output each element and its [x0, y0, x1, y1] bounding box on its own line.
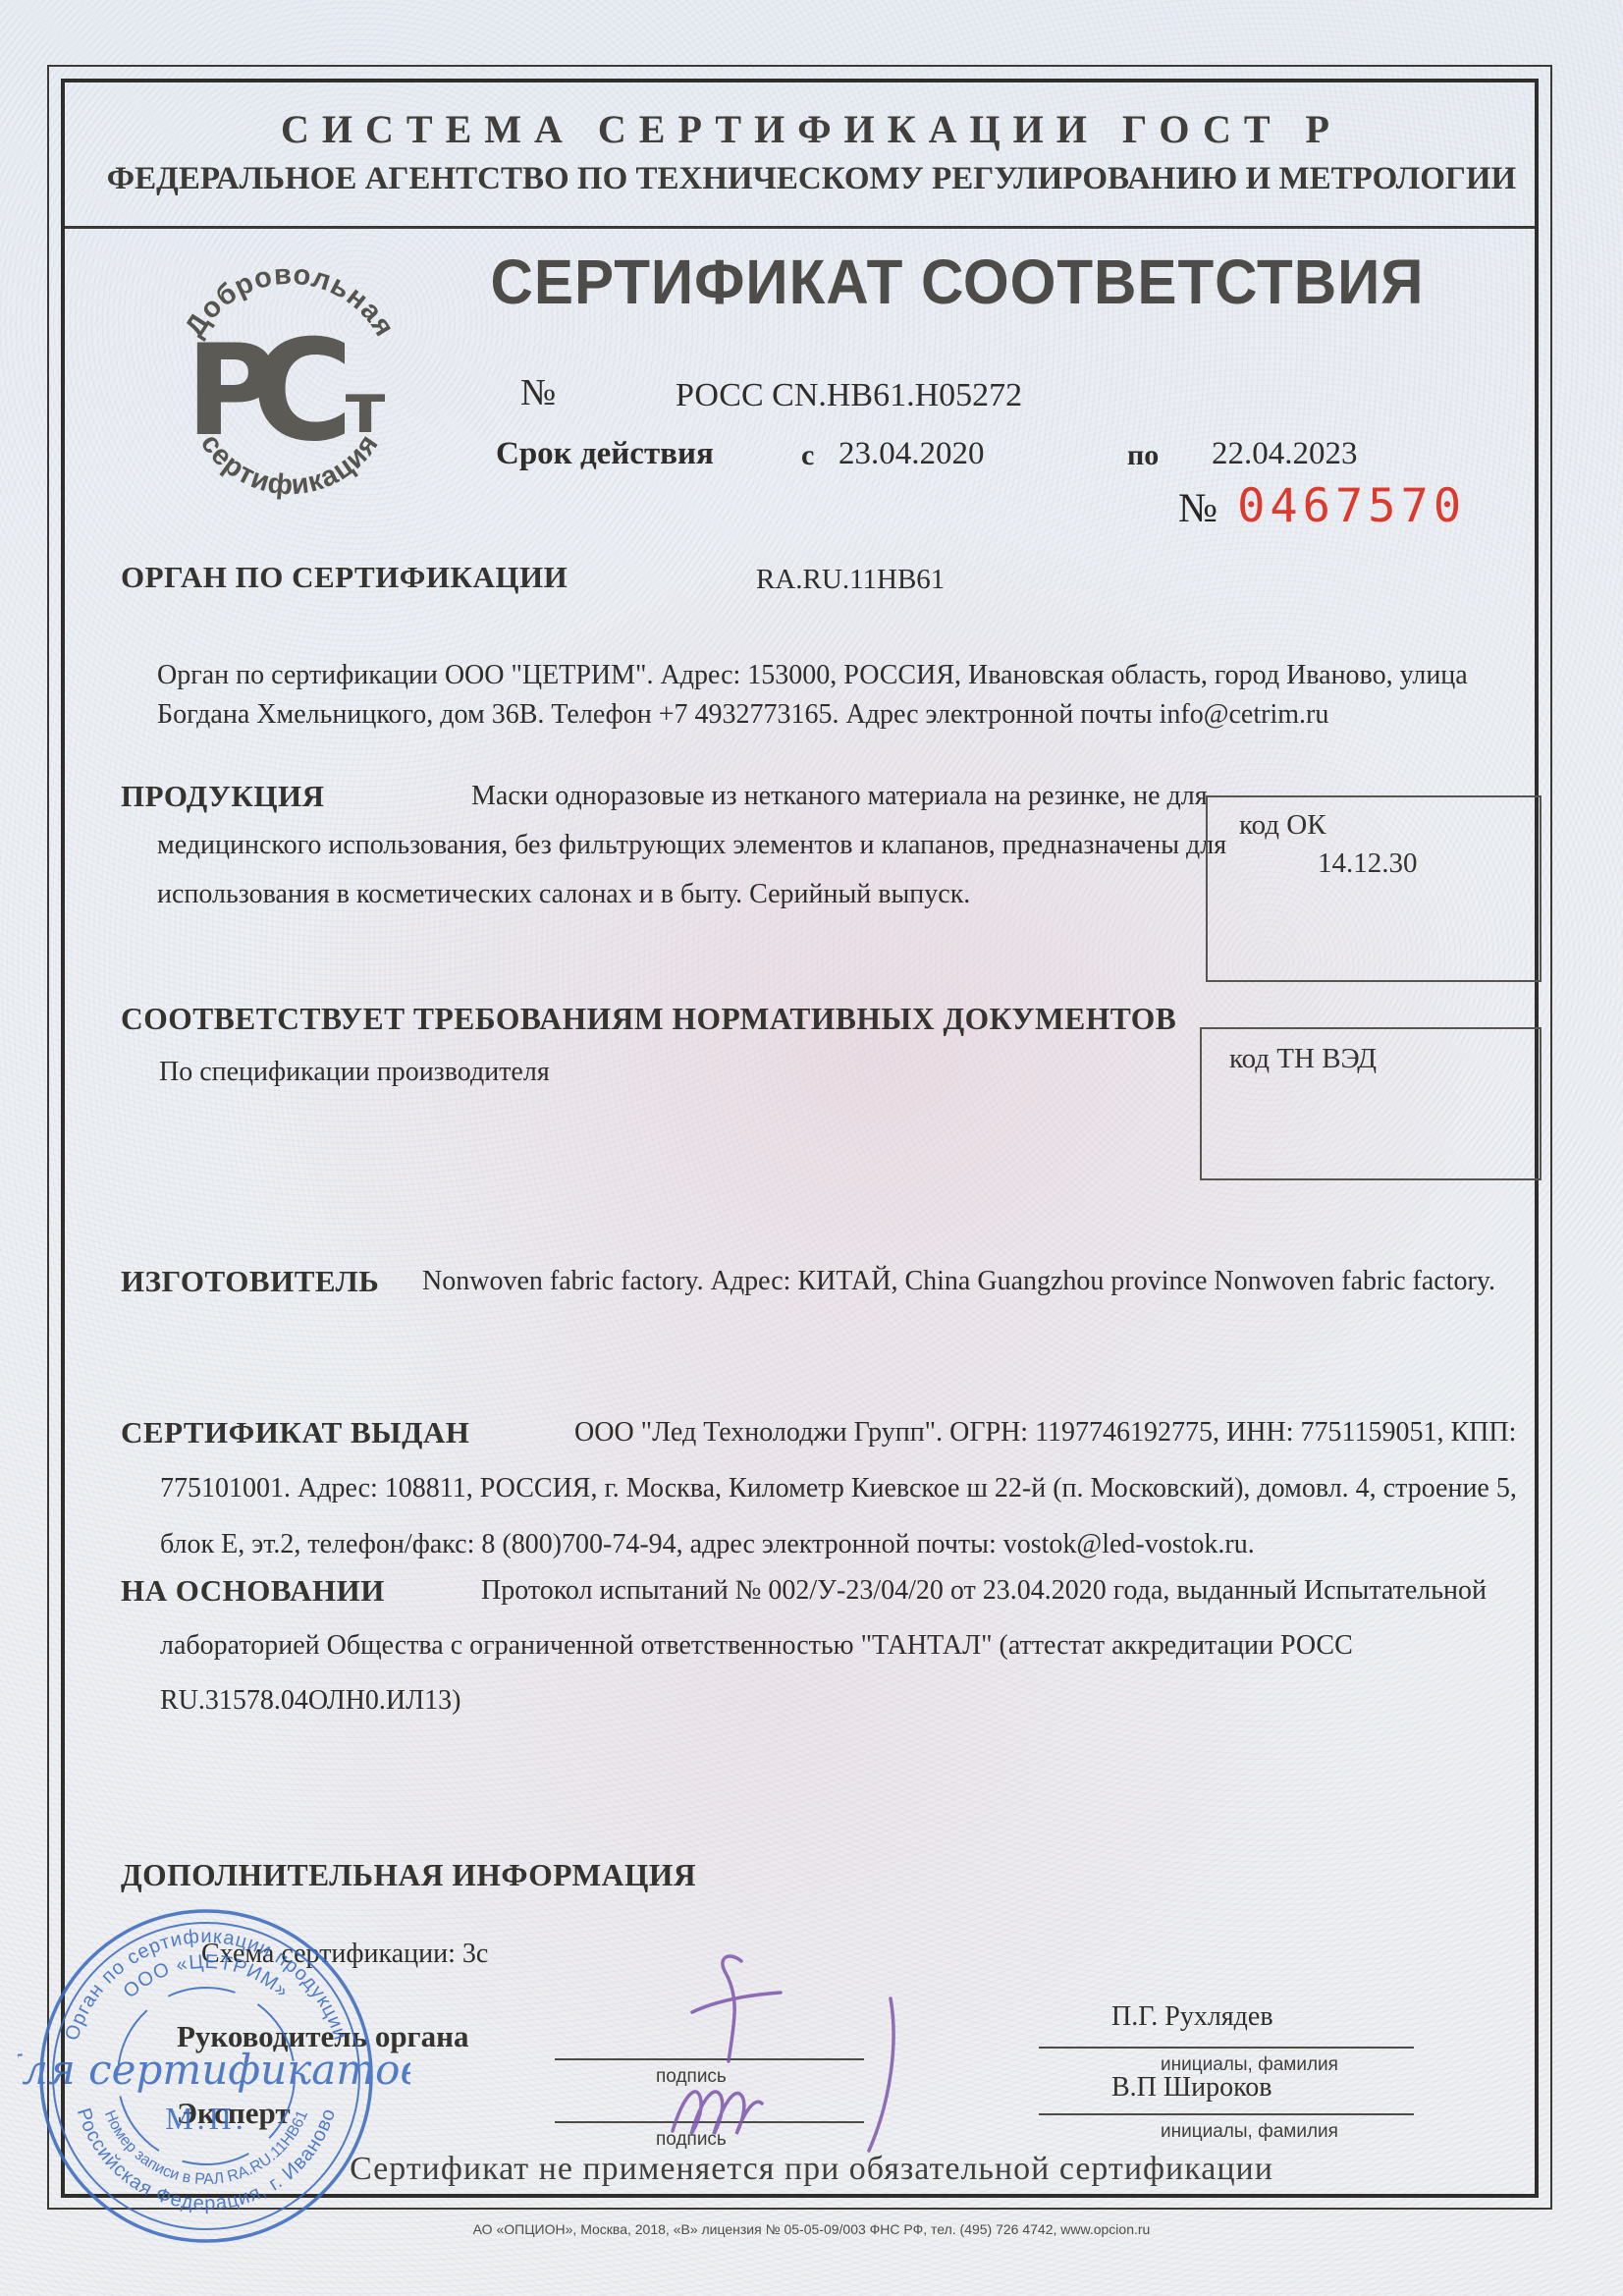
- bottom-note: Сертификат не применяется при обязательн…: [0, 2151, 1623, 2188]
- expert-name-caption: инициалы, фамилия: [1161, 2121, 1338, 2143]
- certification-body-label: ОРГАН ПО СЕРТИФИКАЦИИ: [121, 560, 568, 595]
- stamp-mp-text: М.П.: [165, 2101, 247, 2136]
- number-sign: №: [520, 371, 556, 414]
- validity-to-date: 22.04.2023: [1212, 436, 1358, 472]
- printer-imprint: АО «ОПЦИОН», Москва, 2018, «В» лицензия …: [0, 2221, 1623, 2237]
- header-divider: [65, 226, 1535, 229]
- certificate-number: РОСС CN.НВ61.Н05272: [676, 377, 1022, 414]
- head-name: П.Г. Рухлядев: [1111, 2001, 1273, 2033]
- ok-code-box: код ОК 14.12.30: [1206, 795, 1542, 982]
- handwritten-signatures: [545, 1949, 967, 2160]
- expert-signature-ink: [673, 2092, 762, 2134]
- rst-certification-logo: Добровольная сертификация Р С т: [147, 242, 432, 526]
- manufacturer-text: Nonwoven fabric factory. Адрес: КИТАЙ, C…: [422, 1266, 1495, 1296]
- issued-to-label: СЕРТИФИКАТ ВЫДАН: [121, 1404, 574, 1460]
- validity-from-label: с: [801, 439, 814, 472]
- ok-code-label: код ОК: [1239, 809, 1540, 842]
- basis-section: НА ОСНОВАНИИПротокол испытаний № 002/У-2…: [121, 1563, 1540, 1728]
- conforms-text: По спецификации производителя: [159, 1057, 550, 1088]
- validity-from-date: 23.04.2020: [839, 436, 985, 472]
- expert-name: В.П Широков: [1111, 2072, 1272, 2104]
- certificate-title: СЕРТИФИКАТ СООТВЕТСТВИЯ: [445, 246, 1469, 318]
- head-name-line: [1039, 2047, 1414, 2049]
- stamp-arc-top-text: Орган по сертификации продукции: [61, 1926, 352, 2044]
- blank-number-sign: №: [1178, 485, 1217, 532]
- head-signature-ink: [723, 1956, 741, 2061]
- validity-label: Срок действия: [496, 436, 714, 472]
- expert-name-line: [1039, 2113, 1414, 2115]
- product-label: ПРОДУКЦИЯ: [121, 772, 471, 821]
- agency-title: ФЕДЕРАЛЬНОЕ АГЕНТСТВО ПО ТЕХНИЧЕСКОМУ РЕ…: [0, 161, 1623, 197]
- product-section: ПРОДУКЦИЯМаски одноразовые из нетканого …: [121, 772, 1237, 919]
- head-signature-crossbar-ink: [692, 1993, 781, 2012]
- logo-mark-c: С: [251, 310, 353, 472]
- issued-to-section: СЕРТИФИКАТ ВЫДАНООО "Лед Технолоджи Груп…: [121, 1404, 1554, 1572]
- blank-number: № 0467570: [1178, 479, 1466, 533]
- blank-number-digits: 0467570: [1237, 479, 1466, 533]
- manufacturer-label: ИЗГОТОВИТЕЛЬ: [121, 1257, 422, 1306]
- ok-code-value: 14.12.30: [1318, 847, 1540, 880]
- certificate-page: СИСТЕМА СЕРТИФИКАЦИИ ГОСТ Р ФЕДЕРАЛЬНОЕ …: [0, 0, 1623, 2296]
- certification-body-text: Орган по сертификации ООО "ЦЕТРИМ". Адре…: [157, 656, 1522, 735]
- validity-to-label: по: [1127, 439, 1159, 472]
- tnved-code-box: код ТН ВЭД: [1200, 1027, 1542, 1180]
- conforms-label: СООТВЕТСТВУЕТ ТРЕБОВАНИЯМ НОРМАТИВНЫХ ДО…: [121, 1002, 1176, 1037]
- certification-body-code: RA.RU.11НВ61: [756, 564, 945, 596]
- tnved-code-label: код ТН ВЭД: [1229, 1043, 1540, 1075]
- basis-label: НА ОСНОВАНИИ: [121, 1563, 481, 1618]
- manufacturer-section: ИЗГОТОВИТЕЛЬNonwoven fabric factory. Адр…: [121, 1257, 1551, 1306]
- stamp-script-text: Для сертификатов: [18, 2046, 410, 2094]
- logo-mark-t: т: [346, 368, 386, 449]
- signature-tail-ink: [869, 1998, 893, 2151]
- system-title: СИСТЕМА СЕРТИФИКАЦИИ ГОСТ Р: [0, 106, 1623, 152]
